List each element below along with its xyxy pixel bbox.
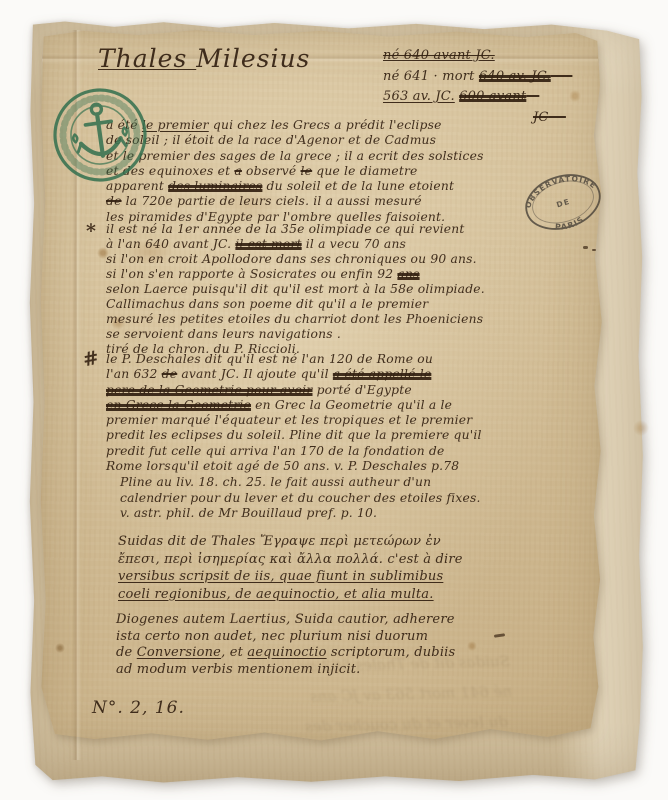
date-annotations: né 640 avant JC.né 641 · mort 640 av. JC… <box>383 46 572 128</box>
paragraph-intro: a été le premier qui chez les Grecs a pr… <box>106 118 484 225</box>
page-title: Thales Milesius <box>98 44 310 73</box>
paragraph-pline: Pline au liv. 18. ch. 25. le fait aussi … <box>120 475 481 522</box>
ink-speck <box>583 246 588 249</box>
paragraph-deschales: le P. Deschales dit qu'il est né l'an 12… <box>106 352 482 474</box>
paragraph-diogenes: Diogenes autem Laertius, Suida cautior, … <box>116 612 455 678</box>
paragraph-suidas: Suidas dit de Thales Ἔγραψε περὶ μετεώρω… <box>118 533 463 603</box>
ink-speck <box>592 249 596 251</box>
manuscript-scan: Suidas dit de Thales 563 av né 641 mort … <box>0 0 668 800</box>
paragraph-olympiad: il est né la 1er année de la 35e olimpia… <box>106 222 485 357</box>
footer-number: N°. 2, 16. <box>92 698 185 718</box>
handwritten-content: Thales Milesius né 640 avant JC.né 641 ·… <box>0 0 668 800</box>
margin-hash-mark: # <box>81 347 101 372</box>
margin-asterisk-mark: * <box>86 220 96 242</box>
